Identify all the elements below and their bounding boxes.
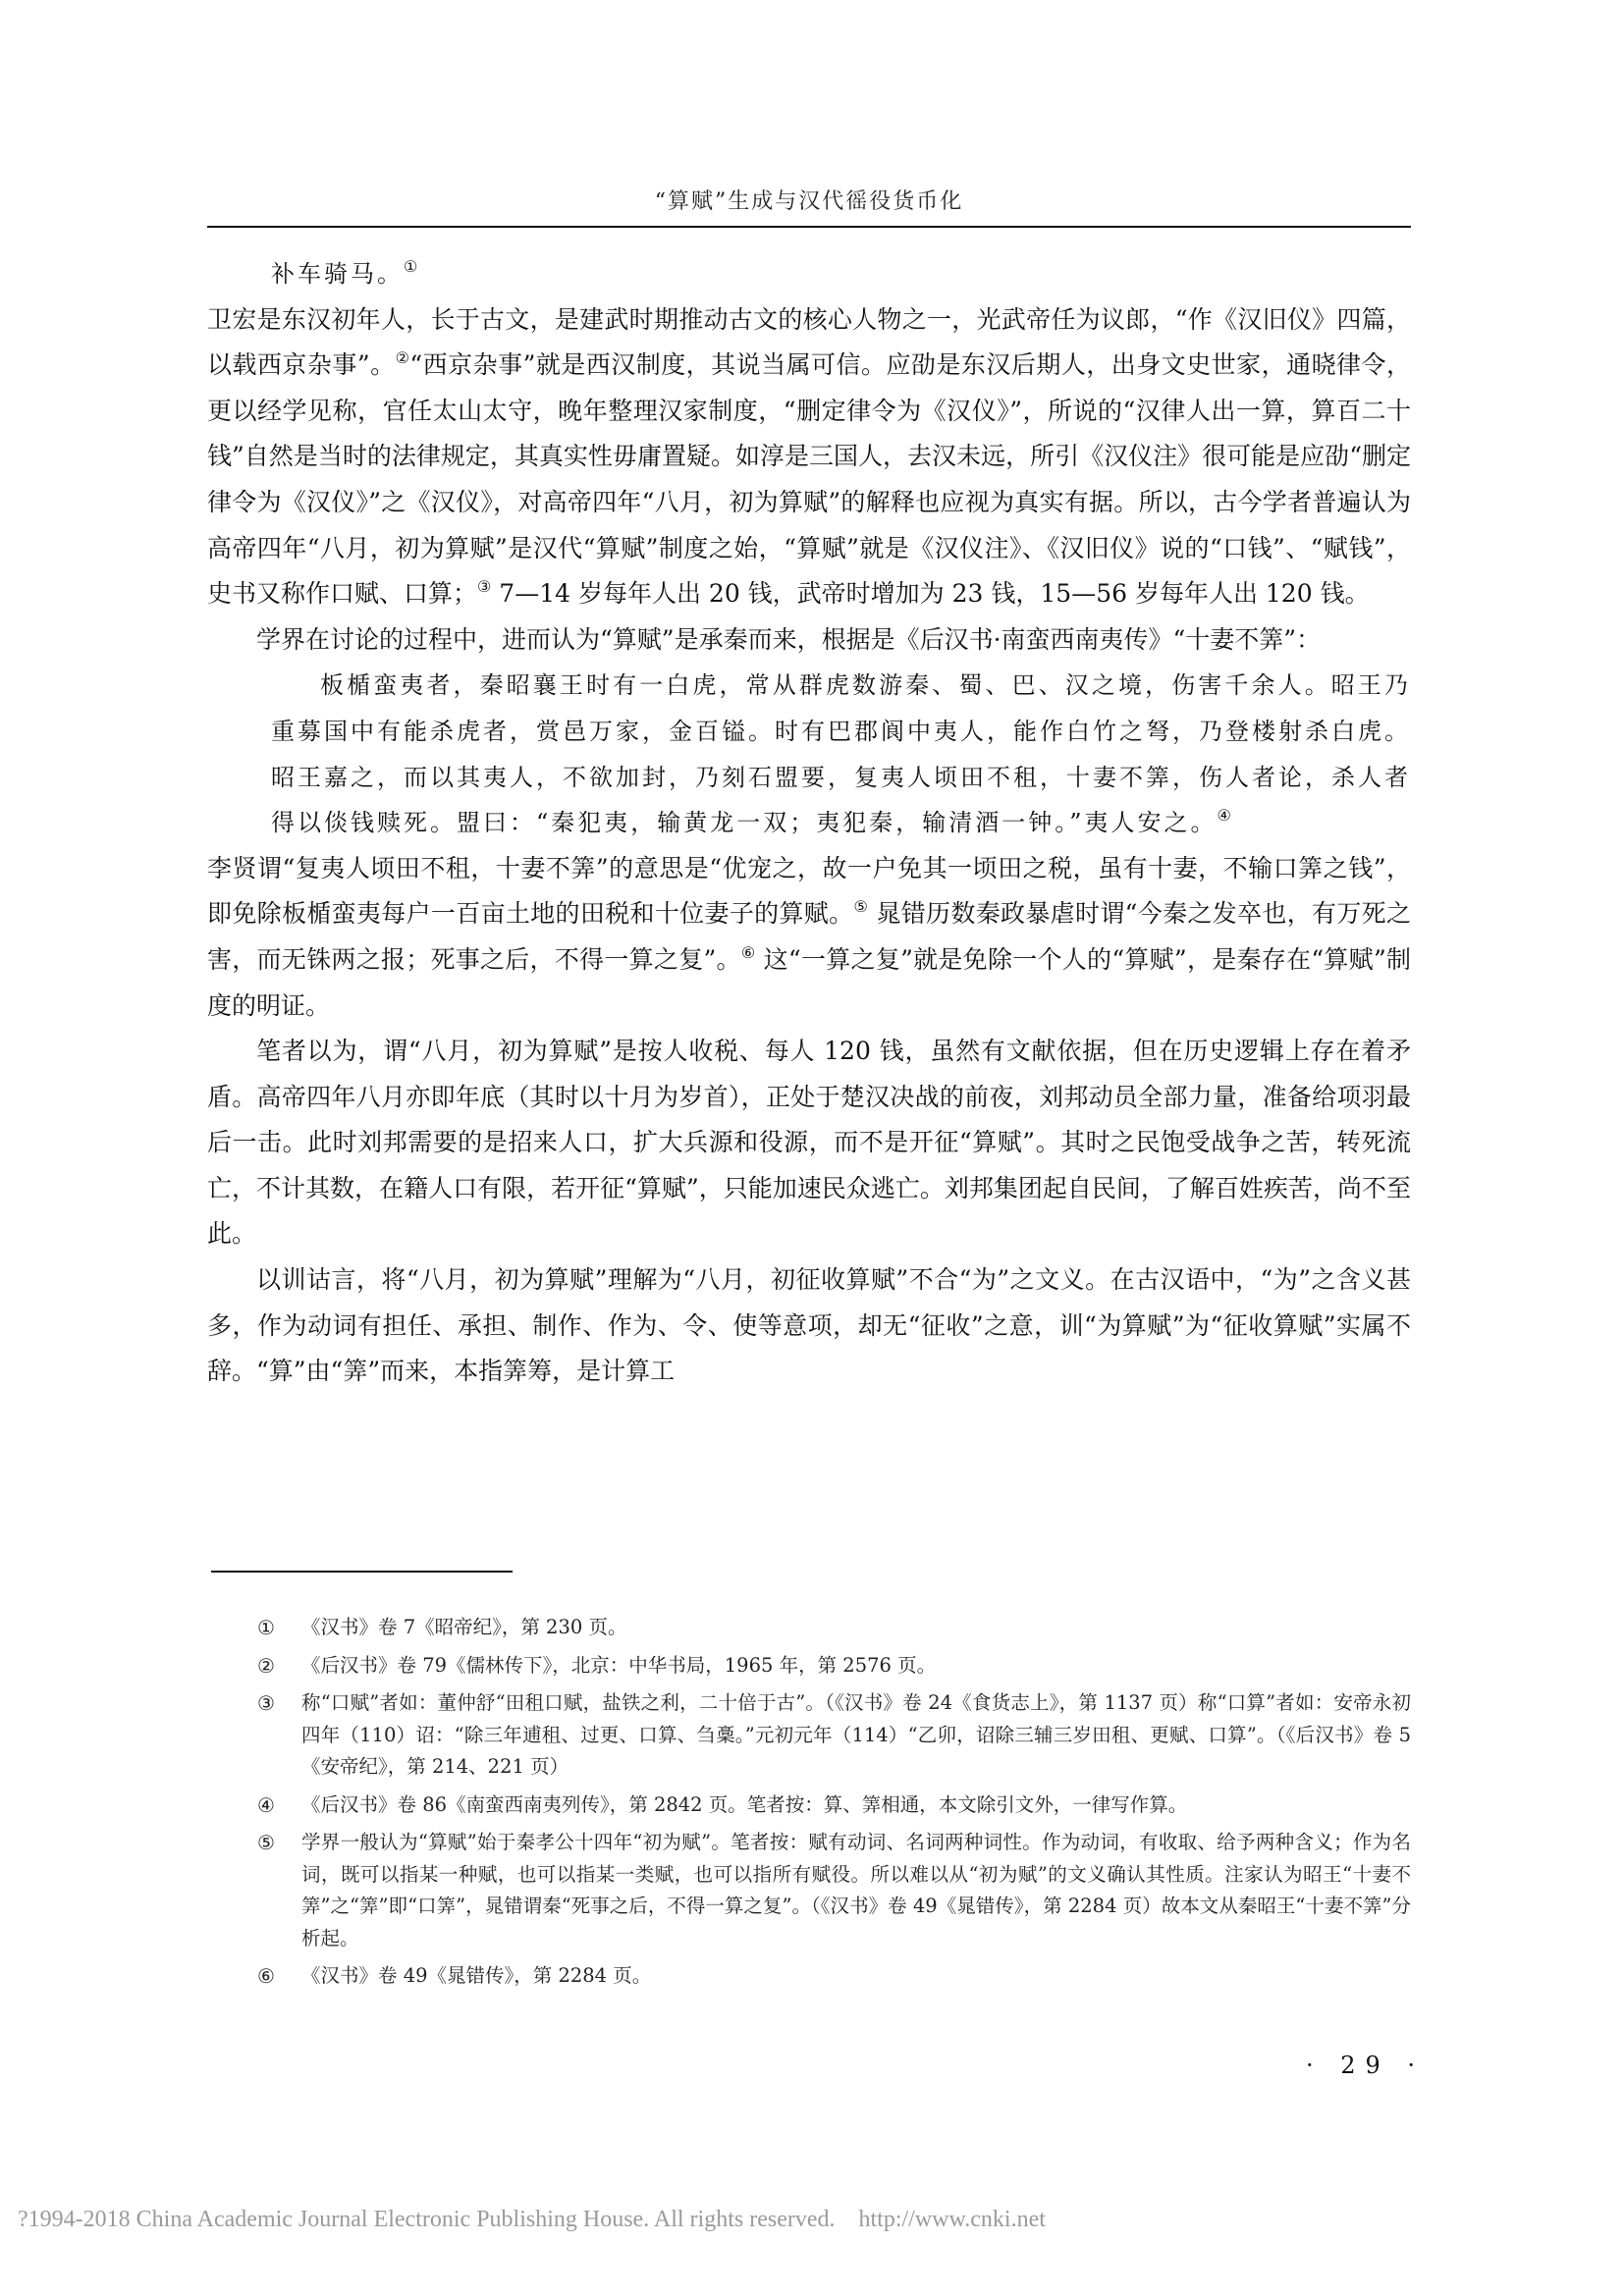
paragraph-2: 学界在讨论的过程中，进而认为“算赋”是承秦而来，根据是《后汉书·南蛮西南夷传》“… — [207, 617, 1411, 664]
article-body: 补车骑马。① 卫宏是东汉初年人，长于古文，是建武时期推动古文的核心人物之一，光武… — [207, 251, 1411, 1395]
footnote-text: 称“口赋”者如：董仲舒“田租口赋，盐铁之利，二十倍于古”。（《汉书》卷 24《食… — [301, 1687, 1411, 1784]
footnote-mark: ④ — [257, 1789, 301, 1822]
footnote-mark: ② — [257, 1650, 301, 1682]
footnote-mark: ① — [257, 1612, 301, 1644]
footnote-2: ② 《后汉书》卷 79《儒林传下》，北京：中华书局，1965 年，第 2576 … — [257, 1650, 1411, 1682]
footnote-text: 《汉书》卷 49《晁错传》，第 2284 页。 — [301, 1960, 1411, 1993]
paragraph-1-text-b: “西京杂事”就是西汉制度，其说当属可信。应劭是东汉后期人，出身文史世家，通晓律令… — [207, 350, 1411, 608]
footnote-3: ③ 称“口赋”者如：董仲舒“田租口赋，盐铁之利，二十倍于古”。（《汉书》卷 24… — [257, 1687, 1411, 1784]
footnote-mark: ⑤ — [257, 1827, 301, 1954]
footnote-text: 《汉书》卷 7《昭帝纪》，第 230 页。 — [301, 1612, 1411, 1644]
paragraph-1-text-c: 7—14 岁每年人出 20 钱，武帝时增加为 23 钱，15—56 岁每年人出 … — [491, 579, 1369, 608]
footnote-ref-3[interactable]: ③ — [477, 577, 491, 596]
footnote-ref-2[interactable]: ② — [396, 348, 410, 367]
footnote-mark: ⑥ — [257, 1960, 301, 1993]
footnote-text: 《后汉书》卷 86《南蛮西南夷列传》，第 2842 页。笔者按：算、筭相通，本文… — [301, 1789, 1411, 1822]
footnote-5: ⑤ 学界一般认为“算赋”始于秦孝公十四年“初为赋”。笔者按：赋有动词、名词两种词… — [257, 1827, 1411, 1954]
paragraph-1: 卫宏是东汉初年人，长于古文，是建武时期推动古文的核心人物之一，光武帝任为议郎，“… — [207, 297, 1411, 617]
footnote-ref-4[interactable]: ④ — [1218, 806, 1234, 825]
paragraph-4: 笔者以为，谓“八月，初为算赋”是按人收税、每人 120 钱，虽然有文献依据，但在… — [207, 1029, 1411, 1257]
footnote-ref-6[interactable]: ⑥ — [741, 943, 756, 962]
copyright-notice: ?1994-2018 China Academic Journal Electr… — [18, 2207, 1046, 2233]
block-quote: 板楯蛮夷者，秦昭襄王时有一白虎，常从群虎数游秦、蜀、巴、汉之境，伤害千余人。昭王… — [207, 663, 1411, 845]
footnote-divider — [211, 1571, 513, 1573]
quote-continuation: 补车骑马。① — [207, 251, 1411, 297]
footnote-6: ⑥ 《汉书》卷 49《晁错传》，第 2284 页。 — [257, 1960, 1411, 1993]
paragraph-5: 以训诂言，将“八月，初为算赋”理解为“八月，初征收算赋”不合“为”之文义。在古汉… — [207, 1257, 1411, 1395]
running-head: “算赋”生成与汉代徭役货币化 — [207, 185, 1411, 215]
footnote-4: ④ 《后汉书》卷 86《南蛮西南夷列传》，第 2842 页。笔者按：算、筭相通，… — [257, 1789, 1411, 1822]
footnote-text: 学界一般认为“算赋”始于秦孝公十四年“初为赋”。笔者按：赋有动词、名词两种词性。… — [301, 1827, 1411, 1954]
footnote-text: 《后汉书》卷 79《儒林传下》，北京：中华书局，1965 年，第 2576 页。 — [301, 1650, 1411, 1682]
footnote-1: ① 《汉书》卷 7《昭帝纪》，第 230 页。 — [257, 1612, 1411, 1644]
paragraph-3: 李贤谓“复夷人顷田不租，十妻不筭”的意思是“优宠之，故一户免其一顷田之税，虽有十… — [207, 846, 1411, 1029]
block-quote-text: 板楯蛮夷者，秦昭襄王时有一白虎，常从群虎数游秦、蜀、巴、汉之境，伤害千余人。昭王… — [271, 671, 1411, 836]
footnote-ref-5[interactable]: ⑤ — [853, 897, 868, 916]
page-number: · 29 · — [1306, 2052, 1425, 2079]
footnote-mark: ③ — [257, 1687, 301, 1784]
footnote-ref-1[interactable]: ① — [404, 257, 420, 276]
header-divider — [207, 226, 1411, 228]
quote-continuation-text: 补车骑马。 — [271, 260, 404, 288]
footnotes: ① 《汉书》卷 7《昭帝纪》，第 230 页。 ② 《后汉书》卷 79《儒林传下… — [257, 1612, 1411, 1999]
